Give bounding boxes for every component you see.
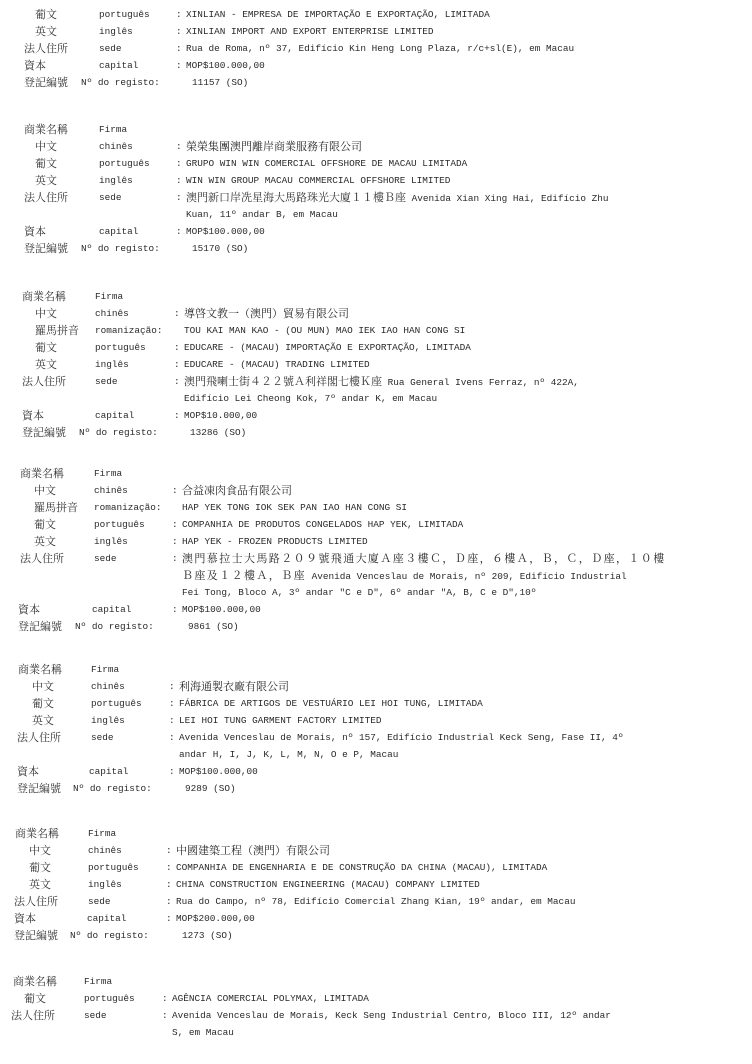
firma-label-zh: 商業名稱 bbox=[15, 825, 59, 842]
field-row-registo: 登記編號 Nº do registo: 1273 (SO) bbox=[0, 927, 752, 944]
firma-label-pt: Firma bbox=[99, 121, 127, 138]
field-label-zh: 登記編號 bbox=[17, 780, 61, 797]
field-label-pt: sede bbox=[95, 373, 118, 390]
firma-label-zh: 商業名稱 bbox=[24, 121, 68, 138]
field-label-zh: 中文 bbox=[29, 842, 51, 859]
field-label-zh: 羅馬拼音 bbox=[34, 499, 78, 516]
registry-entry: 商業名稱 Firma 中文 chinês : 導啓文教一（澳門）貿易有限公司 羅… bbox=[0, 288, 752, 441]
field-value: 9289 (SO) bbox=[185, 780, 236, 797]
field-row-sede: 法人住所 sede : Avenida Venceslau de Morais,… bbox=[0, 729, 752, 746]
field-separator: : bbox=[166, 893, 172, 910]
field-separator: : bbox=[176, 57, 182, 74]
field-value: 榮榮集團澳門離岸商業服務有限公司 bbox=[186, 138, 362, 155]
registry-entry: 商業名稱 Firma 葡文 português : AGÊNCIA COMERC… bbox=[0, 973, 752, 1041]
field-label-pt: português bbox=[99, 6, 150, 23]
field-value: MOP$200.000,00 bbox=[176, 910, 255, 927]
field-separator: : bbox=[176, 189, 182, 206]
field-label-pt: português bbox=[95, 339, 146, 356]
field-value: Rua de Roma, nº 37, Edifício Kin Heng Lo… bbox=[186, 40, 574, 57]
field-row-sede-cont: andar H, I, J, K, L, M, N, O e P, Macau bbox=[0, 746, 752, 763]
field-row-sede-cont: Fei Tong, Bloco A, 3º andar "C e D", 6º … bbox=[0, 584, 752, 601]
firma-header: 商業名稱 Firma bbox=[0, 973, 752, 990]
field-label-pt: sede bbox=[99, 189, 122, 206]
field-value: FÁBRICA DE ARTIGOS DE VESTUÁRIO LEI HOI … bbox=[179, 695, 483, 712]
field-row-portuguese: 葡文 português : AGÊNCIA COMERCIAL POLYMAX… bbox=[0, 990, 752, 1007]
field-row-chinese: 中文 chinês : 利海通製衣廠有限公司 bbox=[0, 678, 752, 695]
field-value: Avenida Venceslau de Morais, Keck Seng I… bbox=[172, 1007, 611, 1024]
field-value-pt: Avenida Venceslau de Morais, nº 209, Edi… bbox=[306, 571, 627, 582]
field-label-pt: português bbox=[84, 990, 135, 1007]
field-label-zh: 登記編號 bbox=[14, 927, 58, 944]
field-label-zh: 英文 bbox=[35, 356, 57, 373]
field-label-zh: 資本 bbox=[14, 910, 36, 927]
field-value-zh: 澳門飛喇士街４２２號Ａ利祥閣七樓Ｋ座 bbox=[184, 375, 382, 388]
field-separator: : bbox=[176, 223, 182, 240]
field-row-sede-cont: Ｂ座及１２樓Ａ，Ｂ座 Avenida Venceslau de Morais, … bbox=[0, 567, 752, 584]
field-label-zh: 葡文 bbox=[35, 339, 57, 356]
field-label-zh: 法人住所 bbox=[24, 40, 68, 57]
field-label-zh: 中文 bbox=[35, 138, 57, 155]
field-value-pt: Rua General Ivens Ferraz, nº 422A, bbox=[382, 377, 579, 388]
field-row-registo: 登記編號 Nº do registo: 13286 (SO) bbox=[0, 424, 752, 441]
field-row-portuguese: 葡文 português : EDUCARE - (MACAU) IMPORTA… bbox=[0, 339, 752, 356]
field-separator: : bbox=[172, 601, 178, 618]
field-value: GRUPO WIN WIN COMERCIAL OFFSHORE DE MACA… bbox=[186, 155, 467, 172]
field-label-zh: 登記編號 bbox=[24, 74, 68, 91]
field-label-pt: Nº do registo: bbox=[70, 927, 149, 944]
field-row-sede: 法人住所 sede : Avenida Venceslau de Morais,… bbox=[0, 1007, 752, 1024]
field-row-portuguese: 葡文 português : COMPANHIA DE ENGENHARIA E… bbox=[0, 859, 752, 876]
field-value-zh: 澳門慕拉士大馬路２０９號飛通大廈Ａ座３樓Ｃ，Ｄ座，６樓Ａ，Ｂ，Ｃ，Ｄ座，１０樓 bbox=[182, 550, 666, 567]
field-value-continuation: andar H, I, J, K, L, M, N, O e P, Macau bbox=[179, 746, 398, 763]
field-row-english: 英文 inglês : WIN WIN GROUP MACAU COMMERCI… bbox=[0, 172, 752, 189]
field-label-zh: 登記編號 bbox=[22, 424, 66, 441]
field-separator: : bbox=[174, 356, 180, 373]
field-row-portuguese: 葡文 português : COMPANHIA DE PRODUTOS CON… bbox=[0, 516, 752, 533]
field-separator: : bbox=[166, 842, 172, 859]
field-row-english: 英文 inglês : XINLIAN IMPORT AND EXPORT EN… bbox=[0, 23, 752, 40]
field-row-portuguese: 葡文 português : XINLIAN - EMPRESA DE IMPO… bbox=[0, 6, 752, 23]
firma-header: 商業名稱 Firma bbox=[0, 121, 752, 138]
field-label-zh: 英文 bbox=[29, 876, 51, 893]
field-label-pt: capital bbox=[87, 910, 126, 927]
field-row-sede: 法人住所 sede : Rua de Roma, nº 37, Edifício… bbox=[0, 40, 752, 57]
field-value: CHINA CONSTRUCTION ENGINEERING (MACAU) C… bbox=[176, 876, 480, 893]
field-label-pt: inglês bbox=[99, 172, 133, 189]
field-separator: : bbox=[176, 23, 182, 40]
field-label-zh: 英文 bbox=[32, 712, 54, 729]
field-separator: : bbox=[176, 172, 182, 189]
field-value: XINLIAN - EMPRESA DE IMPORTAÇÃO E EXPORT… bbox=[186, 6, 490, 23]
field-label-pt: chinês bbox=[95, 305, 129, 322]
field-label-zh: 資本 bbox=[17, 763, 39, 780]
field-value: MOP$100.000,00 bbox=[182, 601, 261, 618]
field-label-pt: chinês bbox=[94, 482, 128, 499]
firma-header: 商業名稱 Firma bbox=[0, 661, 752, 678]
field-row-sede-cont: Edifício Lei Cheong Kok, 7º andar K, em … bbox=[0, 390, 752, 407]
firma-header: 商業名稱 Firma bbox=[0, 288, 752, 305]
field-value-pt: Avenida Xian Xing Hai, Edifício Zhu bbox=[406, 193, 609, 204]
field-value-continuation: Ｂ座及１２樓Ａ，Ｂ座 Avenida Venceslau de Morais, … bbox=[182, 567, 627, 585]
field-label-zh: 法人住所 bbox=[24, 189, 68, 206]
field-label-zh: 英文 bbox=[35, 23, 57, 40]
field-separator: : bbox=[169, 729, 175, 746]
field-label-pt: chinês bbox=[91, 678, 125, 695]
field-separator: : bbox=[169, 763, 175, 780]
firma-header: 商業名稱 Firma bbox=[0, 465, 752, 482]
field-row-sede-cont: S, em Macau bbox=[0, 1024, 752, 1041]
field-label-pt: inglês bbox=[94, 533, 128, 550]
field-label-pt: capital bbox=[99, 223, 138, 240]
field-value: 澳門飛喇士街４２２號Ａ利祥閣七樓Ｋ座 Rua General Ivens Fer… bbox=[184, 373, 579, 391]
field-separator: : bbox=[174, 407, 180, 424]
field-row-sede-cont: Kuan, 11º andar B, em Macau bbox=[0, 206, 752, 223]
field-value: 15170 (SO) bbox=[192, 240, 248, 257]
field-value: MOP$100.000,00 bbox=[186, 223, 265, 240]
field-separator: : bbox=[169, 678, 175, 695]
field-row-romanization: 羅馬拼音 romanização: HAP YEK TONG IOK SEK P… bbox=[0, 499, 752, 516]
field-label-zh: 資本 bbox=[22, 407, 44, 424]
field-row-capital: 資本 capital : MOP$100.000,00 bbox=[0, 57, 752, 74]
field-value-continuation: Kuan, 11º andar B, em Macau bbox=[186, 206, 338, 223]
field-label-zh: 法人住所 bbox=[11, 1007, 55, 1024]
field-label-zh: 葡文 bbox=[29, 859, 51, 876]
firma-header: 商業名稱 Firma bbox=[0, 825, 752, 842]
field-label-pt: português bbox=[88, 859, 139, 876]
field-value: HAP YEK TONG IOK SEK PAN IAO HAN CONG SI bbox=[182, 499, 407, 516]
field-row-chinese: 中文 chinês : 合益凍肉食品有限公司 bbox=[0, 482, 752, 499]
registry-entry: 商業名稱 Firma 中文 chinês : 利海通製衣廠有限公司 葡文 por… bbox=[0, 661, 752, 797]
field-row-sede: 法人住所 sede : 澳門飛喇士街４２２號Ａ利祥閣七樓Ｋ座 Rua Gener… bbox=[0, 373, 752, 390]
field-label-zh: 羅馬拼音 bbox=[35, 322, 79, 339]
field-row-english: 英文 inglês : CHINA CONSTRUCTION ENGINEERI… bbox=[0, 876, 752, 893]
field-label-zh: 資本 bbox=[24, 223, 46, 240]
field-row-chinese: 中文 chinês : 中國建築工程（澳門）有限公司 bbox=[0, 842, 752, 859]
field-value: 導啓文教一（澳門）貿易有限公司 bbox=[184, 305, 349, 322]
field-value: 中國建築工程（澳門）有限公司 bbox=[176, 842, 330, 859]
field-label-pt: inglês bbox=[91, 712, 125, 729]
field-row-capital: 資本 capital : MOP$100.000,00 bbox=[0, 601, 752, 618]
field-row-registo: 登記編號 Nº do registo: 15170 (SO) bbox=[0, 240, 752, 257]
field-label-pt: inglês bbox=[95, 356, 129, 373]
field-label-pt: capital bbox=[89, 763, 128, 780]
field-separator: : bbox=[174, 305, 180, 322]
field-label-pt: português bbox=[94, 516, 145, 533]
field-value: EDUCARE - (MACAU) IMPORTAÇÃO E EXPORTAÇÃ… bbox=[184, 339, 471, 356]
field-value: 9861 (SO) bbox=[188, 618, 239, 635]
field-label-pt: capital bbox=[99, 57, 138, 74]
field-row-capital: 資本 capital : MOP$200.000,00 bbox=[0, 910, 752, 927]
field-row-chinese: 中文 chinês : 榮榮集團澳門離岸商業服務有限公司 bbox=[0, 138, 752, 155]
registry-entry: 商業名稱 Firma 中文 chinês : 中國建築工程（澳門）有限公司 葡文… bbox=[0, 825, 752, 944]
field-label-pt: sede bbox=[84, 1007, 107, 1024]
field-label-zh: 法人住所 bbox=[20, 550, 64, 567]
field-label-pt: sede bbox=[91, 729, 114, 746]
field-label-zh: 法人住所 bbox=[14, 893, 58, 910]
field-row-romanization: 羅馬拼音 romanização: TOU KAI MAN KAO - (OU … bbox=[0, 322, 752, 339]
field-row-capital: 資本 capital : MOP$100.000,00 bbox=[0, 223, 752, 240]
field-label-pt: romanização: bbox=[94, 499, 162, 516]
field-separator: : bbox=[166, 910, 172, 927]
field-label-zh: 登記編號 bbox=[18, 618, 62, 635]
field-label-zh: 葡文 bbox=[34, 516, 56, 533]
field-label-pt: Nº do registo: bbox=[81, 74, 160, 91]
firma-label-pt: Firma bbox=[91, 661, 119, 678]
field-separator: : bbox=[162, 1007, 168, 1024]
field-row-sede: 法人住所 sede : 澳門慕拉士大馬路２０９號飛通大廈Ａ座３樓Ｃ，Ｄ座，６樓Ａ… bbox=[0, 550, 752, 567]
field-value: 13286 (SO) bbox=[190, 424, 246, 441]
field-label-zh: 法人住所 bbox=[17, 729, 61, 746]
field-label-pt: sede bbox=[99, 40, 122, 57]
field-value: 澳門新口岸冼星海大馬路珠光大廈１１樓Ｂ座 Avenida Xian Xing H… bbox=[186, 189, 609, 207]
firma-label-zh: 商業名稱 bbox=[18, 661, 62, 678]
field-value-continuation: Edifício Lei Cheong Kok, 7º andar K, em … bbox=[184, 390, 437, 407]
field-separator: : bbox=[176, 155, 182, 172]
field-value: Rua do Campo, nº 78, Edifício Comercial … bbox=[176, 893, 575, 910]
field-value: MOP$100.000,00 bbox=[186, 57, 265, 74]
firma-label-zh: 商業名稱 bbox=[22, 288, 66, 305]
field-separator: : bbox=[166, 859, 172, 876]
field-value: EDUCARE - (MACAU) TRADING LIMITED bbox=[184, 356, 370, 373]
field-label-zh: 資本 bbox=[18, 601, 40, 618]
field-value: TOU KAI MAN KAO - (OU MUN) MAO IEK IAO H… bbox=[184, 322, 465, 339]
field-label-zh: 葡文 bbox=[32, 695, 54, 712]
field-row-english: 英文 inglês : HAP YEK - FROZEN PRODUCTS LI… bbox=[0, 533, 752, 550]
field-label-zh: 英文 bbox=[34, 533, 56, 550]
field-row-sede: 法人住所 sede : Rua do Campo, nº 78, Edifíci… bbox=[0, 893, 752, 910]
field-value-zh: 澳門新口岸冼星海大馬路珠光大廈１１樓Ｂ座 bbox=[186, 191, 406, 204]
field-label-zh: 葡文 bbox=[35, 155, 57, 172]
field-value-continuation: Fei Tong, Bloco A, 3º andar "C e D", 6º … bbox=[182, 584, 536, 601]
field-value: COMPANHIA DE PRODUTOS CONGELADOS HAP YEK… bbox=[182, 516, 463, 533]
field-value-continuation: S, em Macau bbox=[172, 1024, 234, 1041]
field-separator: : bbox=[176, 6, 182, 23]
firma-label-pt: Firma bbox=[95, 288, 123, 305]
field-value: HAP YEK - FROZEN PRODUCTS LIMITED bbox=[182, 533, 368, 550]
firma-label-pt: Firma bbox=[88, 825, 116, 842]
field-label-pt: Nº do registo: bbox=[81, 240, 160, 257]
field-label-zh: 中文 bbox=[35, 305, 57, 322]
field-value: AGÊNCIA COMERCIAL POLYMAX, LIMITADA bbox=[172, 990, 369, 1007]
field-label-pt: Nº do registo: bbox=[79, 424, 158, 441]
field-label-pt: português bbox=[91, 695, 142, 712]
field-separator: : bbox=[172, 516, 178, 533]
field-label-pt: capital bbox=[92, 601, 131, 618]
field-row-registo: 登記編號 Nº do registo: 9289 (SO) bbox=[0, 780, 752, 797]
field-label-pt: romanização: bbox=[95, 322, 163, 339]
field-value: LEI HOI TUNG GARMENT FACTORY LIMITED bbox=[179, 712, 382, 729]
field-label-pt: Nº do registo: bbox=[75, 618, 154, 635]
field-label-zh: 登記編號 bbox=[24, 240, 68, 257]
field-separator: : bbox=[176, 40, 182, 57]
field-value: WIN WIN GROUP MACAU COMMERCIAL OFFSHORE … bbox=[186, 172, 450, 189]
field-label-pt: sede bbox=[94, 550, 117, 567]
field-separator: : bbox=[174, 339, 180, 356]
field-value: 11157 (SO) bbox=[192, 74, 248, 91]
field-separator: : bbox=[162, 990, 168, 1007]
registry-entry: 商業名稱 Firma 中文 chinês : 榮榮集團澳門離岸商業服務有限公司 … bbox=[0, 121, 752, 257]
field-row-sede: 法人住所 sede : 澳門新口岸冼星海大馬路珠光大廈１１樓Ｂ座 Avenida… bbox=[0, 189, 752, 206]
field-row-chinese: 中文 chinês : 導啓文教一（澳門）貿易有限公司 bbox=[0, 305, 752, 322]
field-separator: : bbox=[174, 373, 180, 390]
field-value: 合益凍肉食品有限公司 bbox=[182, 482, 292, 499]
field-separator: : bbox=[176, 138, 182, 155]
field-label-pt: capital bbox=[95, 407, 134, 424]
field-separator: : bbox=[169, 695, 175, 712]
field-label-zh: 中文 bbox=[32, 678, 54, 695]
field-separator: : bbox=[169, 712, 175, 729]
firma-label-zh: 商業名稱 bbox=[20, 465, 64, 482]
field-label-zh: 葡文 bbox=[24, 990, 46, 1007]
field-separator: : bbox=[172, 533, 178, 550]
field-label-zh: 英文 bbox=[35, 172, 57, 189]
field-separator: : bbox=[172, 550, 178, 567]
field-value: Avenida Venceslau de Morais, nº 157, Edi… bbox=[179, 729, 623, 746]
field-label-zh: 法人住所 bbox=[22, 373, 66, 390]
field-label-pt: sede bbox=[88, 893, 111, 910]
field-row-english: 英文 inglês : LEI HOI TUNG GARMENT FACTORY… bbox=[0, 712, 752, 729]
firma-label-pt: Firma bbox=[84, 973, 112, 990]
field-value: MOP$10.000,00 bbox=[184, 407, 257, 424]
field-row-english: 英文 inglês : EDUCARE - (MACAU) TRADING LI… bbox=[0, 356, 752, 373]
field-label-zh: 葡文 bbox=[35, 6, 57, 23]
field-row-portuguese: 葡文 português : GRUPO WIN WIN COMERCIAL O… bbox=[0, 155, 752, 172]
field-label-pt: português bbox=[99, 155, 150, 172]
field-row-portuguese: 葡文 português : FÁBRICA DE ARTIGOS DE VES… bbox=[0, 695, 752, 712]
field-label-zh: 資本 bbox=[24, 57, 46, 74]
field-row-capital: 資本 capital : MOP$10.000,00 bbox=[0, 407, 752, 424]
field-separator: : bbox=[166, 876, 172, 893]
field-separator: : bbox=[172, 482, 178, 499]
field-row-capital: 資本 capital : MOP$100.000,00 bbox=[0, 763, 752, 780]
registry-page: 葡文 português : XINLIAN - EMPRESA DE IMPO… bbox=[0, 0, 752, 1064]
field-value: 1273 (SO) bbox=[182, 927, 233, 944]
field-label-pt: inglês bbox=[99, 23, 133, 40]
field-label-pt: inglês bbox=[88, 876, 122, 893]
field-label-pt: chinês bbox=[88, 842, 122, 859]
field-value-zh: Ｂ座及１２樓Ａ，Ｂ座 bbox=[182, 569, 306, 582]
registry-entry: 葡文 português : XINLIAN - EMPRESA DE IMPO… bbox=[0, 6, 752, 91]
field-value: COMPANHIA DE ENGENHARIA E DE CONSTRUÇÃO … bbox=[176, 859, 547, 876]
field-label-zh: 中文 bbox=[34, 482, 56, 499]
firma-label-zh: 商業名稱 bbox=[13, 973, 57, 990]
field-label-pt: chinês bbox=[99, 138, 133, 155]
field-value: 利海通製衣廠有限公司 bbox=[179, 678, 289, 695]
field-label-pt: Nº do registo: bbox=[73, 780, 152, 797]
firma-label-pt: Firma bbox=[94, 465, 122, 482]
field-value: MOP$100.000,00 bbox=[179, 763, 258, 780]
field-value: XINLIAN IMPORT AND EXPORT ENTERPRISE LIM… bbox=[186, 23, 434, 40]
registry-entry: 商業名稱 Firma 中文 chinês : 合益凍肉食品有限公司 羅馬拼音 r… bbox=[0, 465, 752, 635]
field-row-registo: 登記編號 Nº do registo: 9861 (SO) bbox=[0, 618, 752, 635]
field-row-registo: 登記編號 Nº do registo: 11157 (SO) bbox=[0, 74, 752, 91]
